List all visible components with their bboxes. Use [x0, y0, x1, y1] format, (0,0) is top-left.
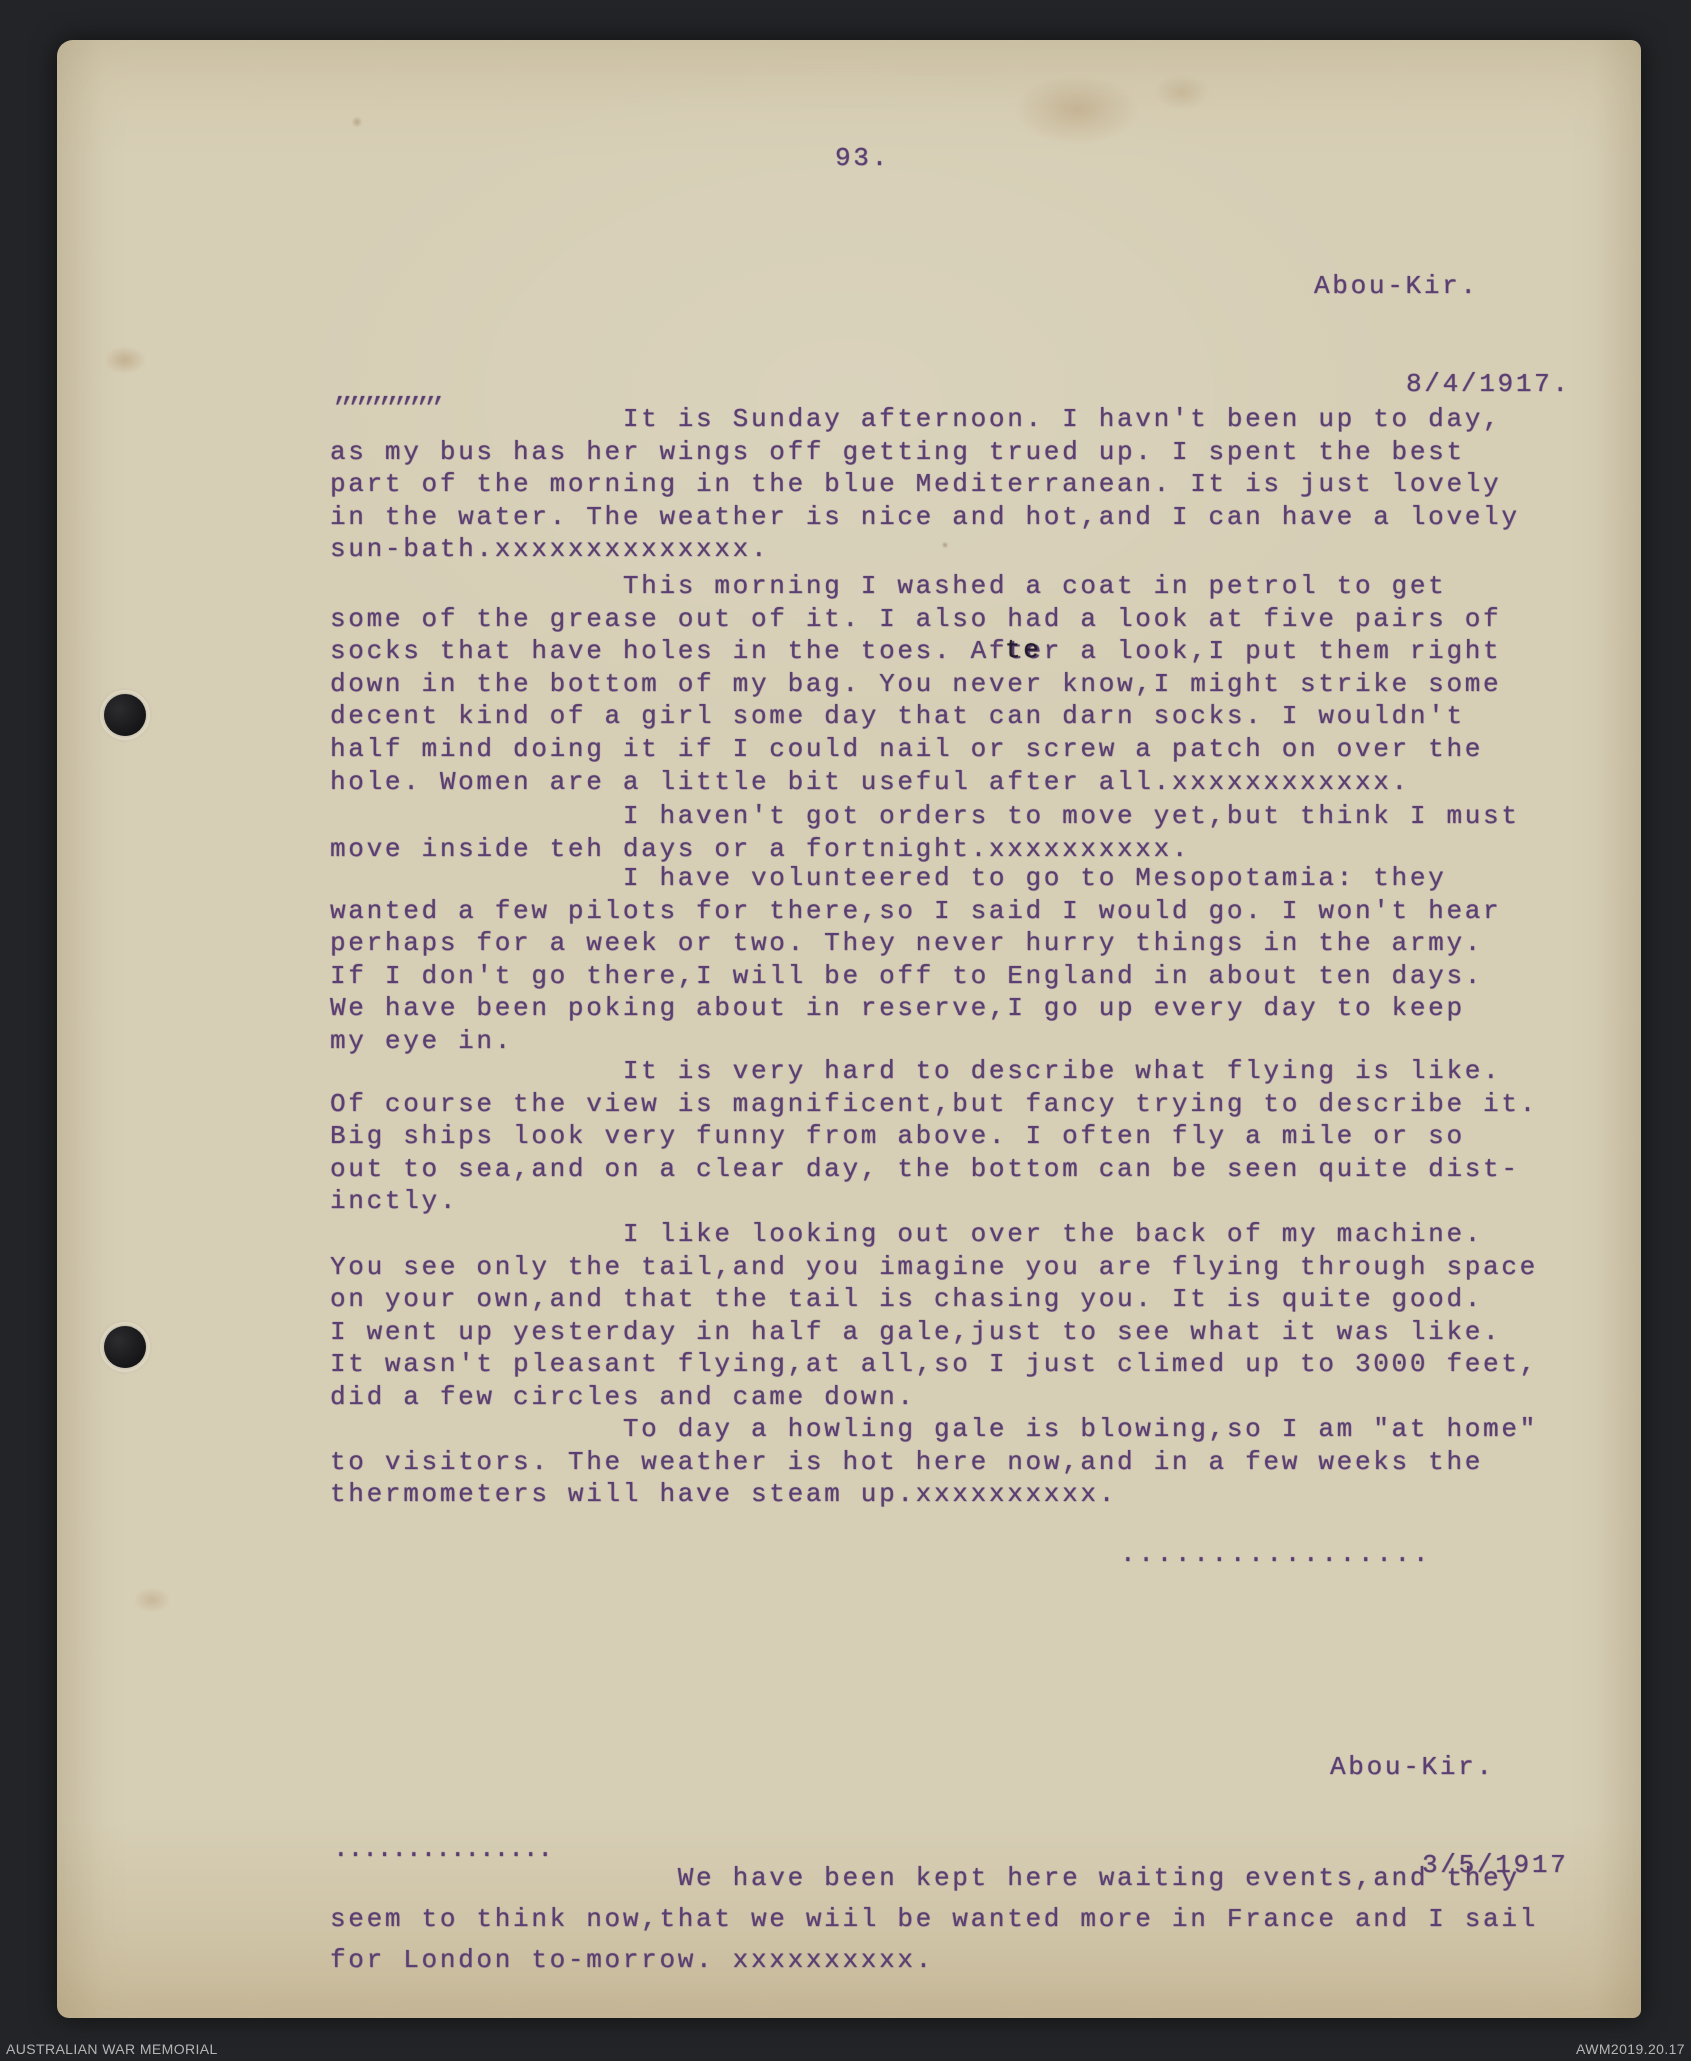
archive-source-label: AUSTRALIAN WAR MEMORIAL [6, 2041, 218, 2057]
paragraph-howling-gale: To day a howling gale is blowing,so I am… [330, 1413, 1538, 1511]
paragraph-describe-flying: It is very hard to describe what flying … [330, 1055, 1538, 1218]
paragraph-orders-to-move: I haven't got orders to move yet,but thi… [330, 800, 1520, 865]
dateline-first-date: 8/4/1917. [1314, 368, 1571, 401]
paragraph-looking-back: I like looking out over the back of my m… [330, 1218, 1538, 1414]
paragraph-washing-coat: This morning I washed a coat in petrol t… [330, 570, 1501, 798]
archive-reference-number: AWM2019.20.17 [1576, 2041, 1685, 2057]
letter-page: 93. Abou-Kir. 8/4/1917. ,,,,,,,,,,,,,, I… [57, 40, 1641, 2018]
dateline-first-place: Abou-Kir. [1314, 270, 1571, 303]
dotted-separator: ................. [1120, 1538, 1431, 1571]
paragraph-mesopotamia: I have volunteered to go to Mesopotamia:… [330, 862, 1501, 1058]
paragraph-waiting-events: We have been kept here waiting events,an… [330, 1858, 1538, 1981]
punch-hole-bottom [104, 1326, 146, 1368]
dateline-second-place: Abou-Kir. [1330, 1751, 1568, 1784]
page-number: 93. [835, 142, 890, 175]
paragraph-sunday-afternoon: It is Sunday afternoon. I havn't been up… [330, 403, 1520, 566]
archive-footer: AUSTRALIAN WAR MEMORIAL AWM2019.20.17 [0, 2018, 1691, 2061]
ink-overstrike-correction: te [1005, 634, 1042, 667]
punch-hole-top [104, 694, 146, 736]
